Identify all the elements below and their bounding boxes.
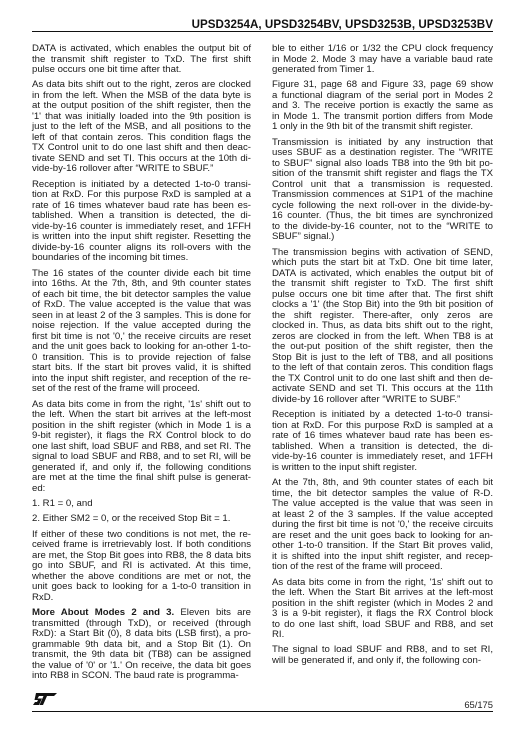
paragraph: As data bits come in from the right, '1s… <box>32 400 251 495</box>
text-line: are met at the time the final shift puls… <box>32 473 251 484</box>
footer-rule <box>32 711 493 712</box>
text-line: SBUF” signal.) <box>272 232 493 243</box>
paragraph: More About Modes 2 and 3. Eleven bits ar… <box>32 608 251 682</box>
paragraph: ble to either 1/16 or 1/32 the CPU clock… <box>272 44 493 76</box>
st-logo-icon <box>33 693 57 705</box>
paragraph: The 16 states of the counter divide each… <box>32 269 251 395</box>
section-heading: More About Modes 2 and 3. <box>32 607 174 618</box>
text-line: DATA is activated, which enables the out… <box>32 44 251 55</box>
paragraph: The signal to load SBUF and RB8, and to … <box>272 645 493 666</box>
text-line: tion of the rest of the frame will proce… <box>272 562 493 573</box>
text-line: RxD. <box>32 593 251 604</box>
paragraph: As data bits shift out to the right, zer… <box>32 80 251 175</box>
text-line: RI. <box>272 630 493 641</box>
text-line: ble to either 1/16 or 1/32 the CPU clock… <box>272 44 493 55</box>
text-line: will be generated if, and only if, the f… <box>272 656 493 667</box>
page-number: 65/175 <box>464 699 493 710</box>
paragraph: Transmission is initiated by any instruc… <box>272 138 493 243</box>
paragraph: 2. Either SM2 = 0, or the received Stop … <box>32 514 251 525</box>
text-line: the left. When the Start Bit arrives at … <box>272 588 493 599</box>
text-line: into RB8 in SCON. The baud rate is progr… <box>32 671 251 682</box>
text-line: pulse occurs one bit time after that. <box>32 65 251 76</box>
text-line: unit goes back to looking for a 1-to-0 t… <box>32 582 251 593</box>
text-line: 2. Either SM2 = 0, or the received Stop … <box>32 514 251 525</box>
paragraph: Figure 31, page 68 and Figure 33, page 6… <box>272 80 493 133</box>
paragraph: The transmission begins with activation … <box>272 248 493 406</box>
paragraph: Reception is initiated by a detected 1-t… <box>272 410 493 473</box>
document-header-title: UPSD3254A, UPSD3254BV, UPSD3253B, UPSD32… <box>192 18 493 31</box>
text-line: boundaries of the incoming bit times. <box>32 253 251 264</box>
paragraph: Reception is initiated by a detected 1-t… <box>32 180 251 264</box>
right-column: ble to either 1/16 or 1/32 the CPU clock… <box>272 44 493 671</box>
text-line: is written to the input shift register. <box>272 463 493 474</box>
text-line: set of the rest of the frame will procee… <box>32 384 251 395</box>
paragraph: As data bits come in from the right, '1s… <box>272 578 493 641</box>
text-line: ed: <box>32 484 251 495</box>
paragraph: If either of these two conditions is not… <box>32 530 251 604</box>
text-line: 1 only in the 9th bit of the transmit sh… <box>272 122 493 133</box>
paragraph: 1. R1 = 0, and <box>32 499 251 510</box>
header-rule <box>32 31 493 32</box>
text-line: vide-by-16 rollover after “WRITE to SBUF… <box>32 164 251 175</box>
left-column: DATA is activated, which enables the out… <box>32 44 251 687</box>
text-line: 1. R1 = 0, and <box>32 499 251 510</box>
text-line: to do one last shift, load SBUF and RB8,… <box>272 620 493 631</box>
text-line: generated from Timer 1. <box>272 65 493 76</box>
text-span: Eleven bits are <box>174 607 251 618</box>
paragraph: At the 7th, 8th, and 9th counter states … <box>272 478 493 573</box>
text-line: divide-by 16 rollover after “WRITE to SU… <box>272 395 493 406</box>
paragraph: DATA is activated, which enables the out… <box>32 44 251 76</box>
